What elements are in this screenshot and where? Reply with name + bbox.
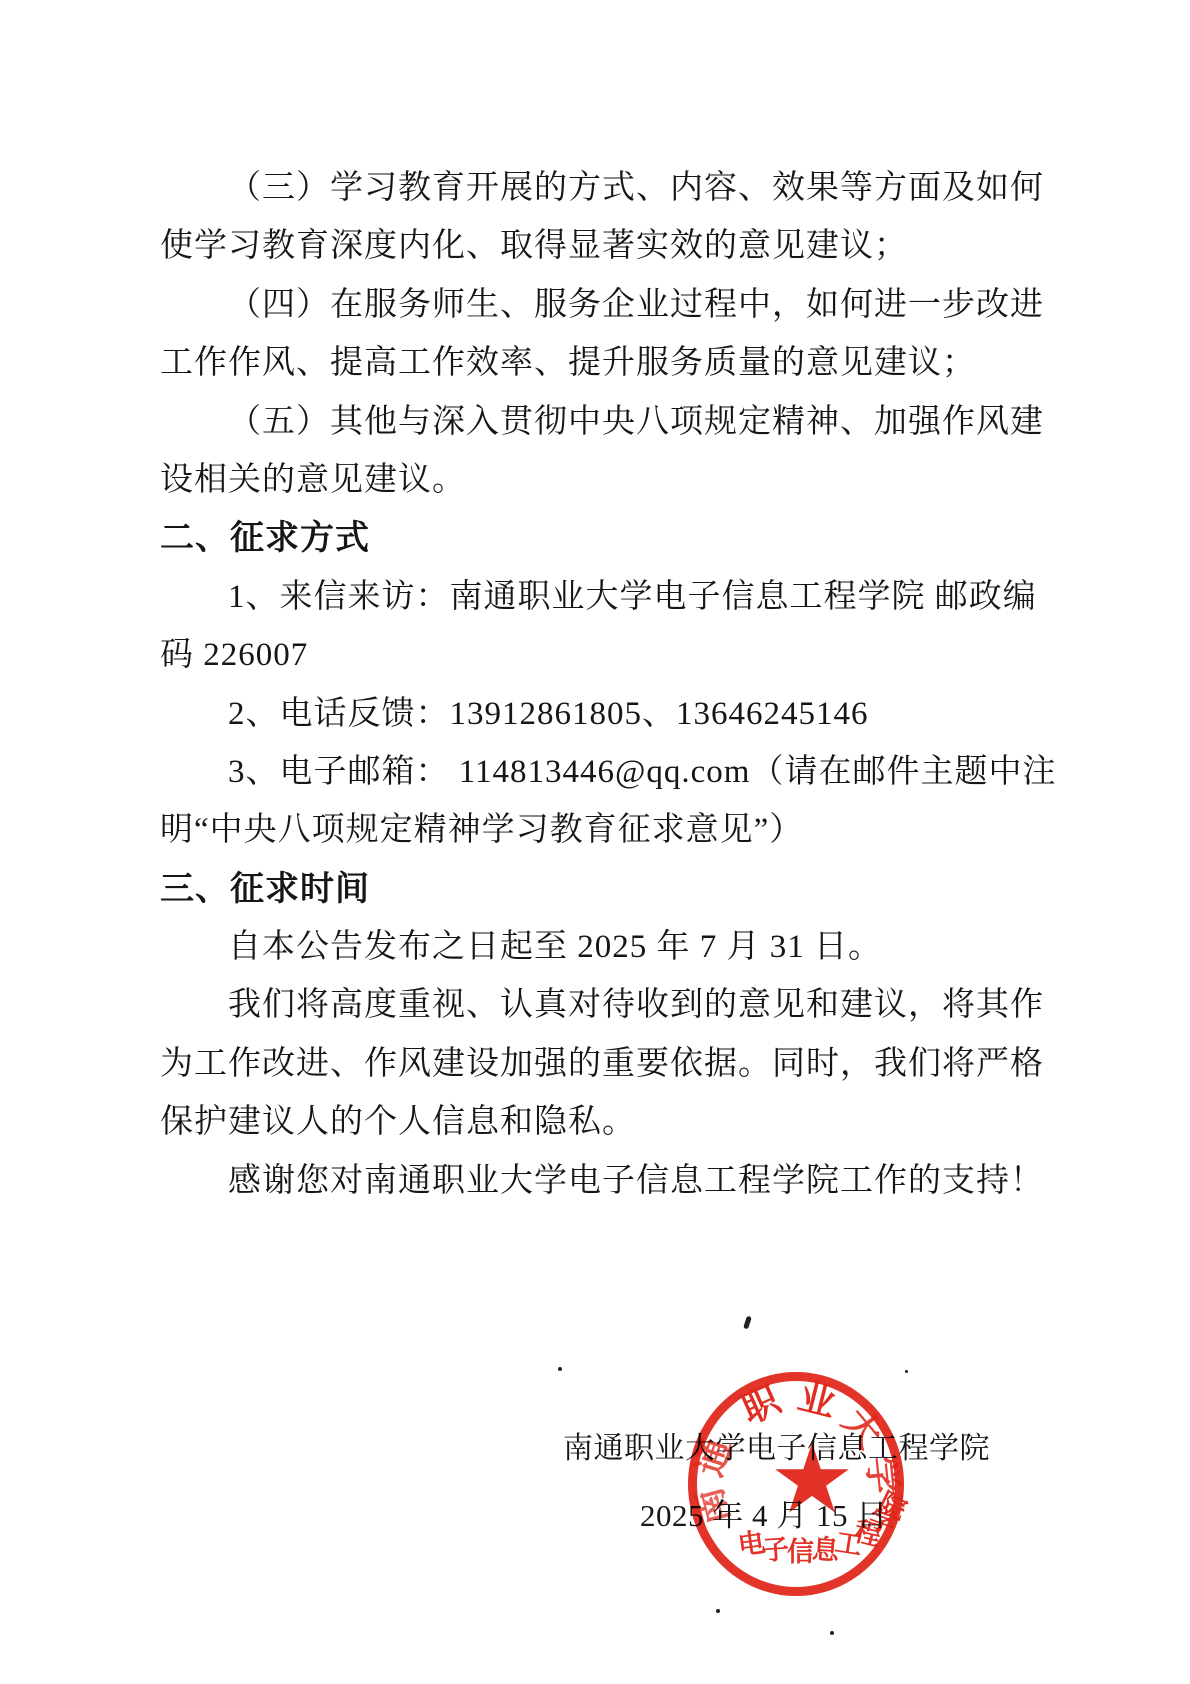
paragraph-line: 为工作改进、作风建设加强的重要依据。同时，我们将严格 xyxy=(160,1035,1044,1093)
paragraph-line: 使学习教育深度内化、取得显著实效的意见建议； xyxy=(160,217,1044,275)
paragraph-line: 3、电子邮箱： 114813446@qq.com（请在邮件主题中注 xyxy=(160,743,1044,801)
paragraph-line: （三）学习教育开展的方式、内容、效果等方面及如何 xyxy=(160,159,1044,217)
paragraph-line: 自本公告发布之日起至 2025 年 7 月 31 日。 xyxy=(160,918,1044,976)
paragraph-line: 码 226007 xyxy=(160,626,1044,684)
paragraph-line: （四）在服务师生、服务企业过程中，如何进一步改进 xyxy=(160,276,1044,334)
ink-speck xyxy=(558,1367,562,1371)
official-seal: 南 通 职 业 大 学 ★ 电 子 信 息 工 程 学 院 xyxy=(688,1372,904,1596)
paragraph-line: 保护建议人的个人信息和隐私。 xyxy=(160,1093,1044,1151)
seal-bottom-char: 子 xyxy=(761,1536,790,1565)
paragraph-line: 1、来信来访：南通职业大学电子信息工程学院 邮政编 xyxy=(160,568,1044,626)
document-page: （三）学习教育开展的方式、内容、效果等方面及如何 使学习教育深度内化、取得显著实… xyxy=(0,0,1190,1684)
seal-arc-char: 职 xyxy=(735,1379,788,1432)
section-heading-method: 二、征求方式 xyxy=(160,509,1044,567)
ink-speck xyxy=(743,1316,752,1330)
paragraph-line: 我们将高度重视、认真对待收到的意见和建议，将其作 xyxy=(160,976,1044,1034)
ink-speck xyxy=(905,1370,908,1373)
paragraph-line: 明“中央八项规定精神学习教育征求意见”） xyxy=(160,801,1044,859)
paragraph-line: 工作作风、提高工作效率、提升服务质量的意见建议； xyxy=(160,334,1044,392)
document-body: （三）学习教育开展的方式、内容、效果等方面及如何 使学习教育深度内化、取得显著实… xyxy=(160,159,1044,1210)
seal-bottom-char: 息 xyxy=(811,1536,840,1565)
paragraph-line: 感谢您对南通职业大学电子信息工程学院工作的支持！ xyxy=(160,1152,1044,1210)
ink-speck xyxy=(716,1609,720,1613)
paragraph-line: 2、电话反馈：13912861805、13646245146 xyxy=(160,685,1044,743)
seal-arc-char: 业 xyxy=(793,1376,841,1424)
signature-organization: 南通职业大学电子信息工程学院 xyxy=(563,1430,990,1468)
ink-speck xyxy=(830,1631,834,1635)
paragraph-line: （五）其他与深入贯彻中央八项规定精神、加强作风建 xyxy=(160,393,1044,451)
signature-date: 2025 年 4 月 15 日 xyxy=(640,1497,888,1535)
section-heading-time: 三、征求时间 xyxy=(160,860,1044,918)
seal-bottom-char: 信 xyxy=(787,1539,814,1566)
paragraph-line: 设相关的意见建议。 xyxy=(160,451,1044,509)
seal-ring xyxy=(688,1372,904,1596)
